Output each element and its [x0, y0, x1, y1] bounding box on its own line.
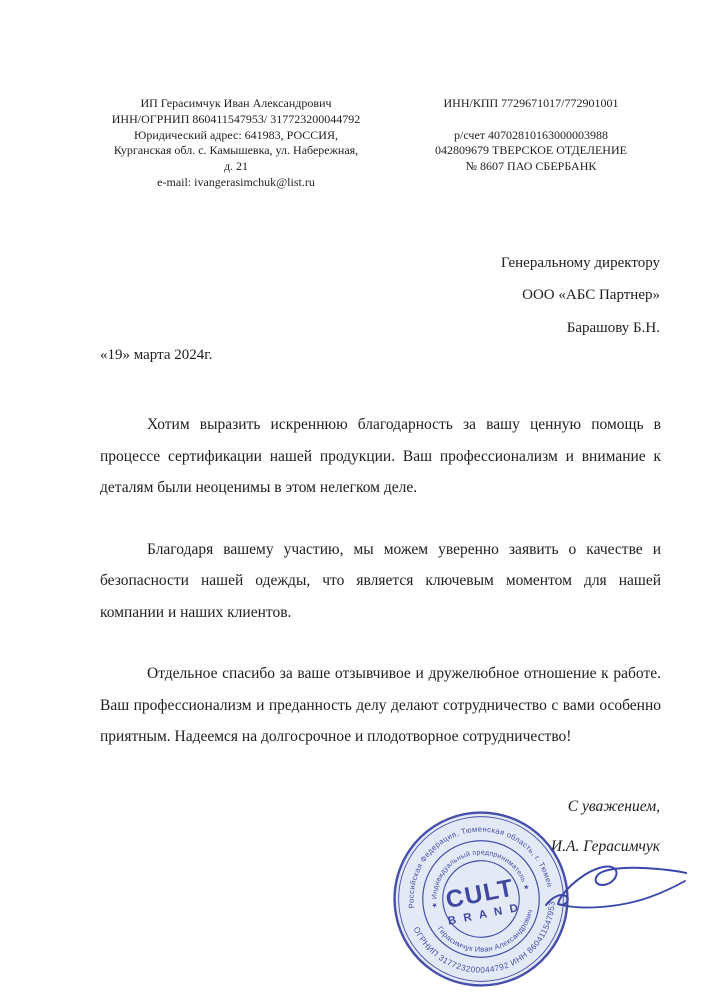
sender-address-line2: Курганская обл. с. Камышевка, ул. Набере…	[92, 143, 380, 159]
header-spacer	[400, 112, 662, 128]
sender-email: e-mail: ivangerasimchuk@list.ru	[92, 175, 380, 191]
sender-inn-kpp: ИНН/КПП 7729671017/772901001	[400, 96, 662, 112]
letter-date: «19» марта 2024г.	[100, 347, 212, 364]
sender-inn-ogrnip: ИНН/ОГРНИП 860411547953/ 317723200044792	[92, 112, 380, 128]
letter-page: { "header": { "left": { "lines": [ "ИП Г…	[0, 0, 707, 1000]
sender-requisites: ИП Герасимчук Иван Александрович ИНН/ОГР…	[92, 96, 380, 191]
sender-address-line3: д. 21	[92, 159, 380, 175]
letter-body: Хотим выразить искреннюю благодарность з…	[100, 409, 661, 783]
paragraph-quality: Благодаря вашему участию, мы можем увере…	[100, 534, 661, 629]
bank-account: р/счет 40702810163000003988	[400, 128, 662, 144]
sender-name: ИП Герасимчук Иван Александрович	[92, 96, 380, 112]
paragraph-cooperation: Отдельное спасибо за ваше отзывчивое и д…	[100, 658, 661, 753]
signature-icon	[538, 843, 694, 915]
addressee-person: Барашову Б.Н.	[340, 312, 660, 344]
sender-address-line1: Юридический адрес: 641983, РОССИЯ,	[92, 128, 380, 144]
bank-branch: 042809679 ТВЕРСКОЕ ОТДЕЛЕНИЕ	[400, 143, 662, 159]
addressee-title: Генеральному директору	[340, 247, 660, 279]
bank-name: № 8607 ПАО СБЕРБАНК	[400, 159, 662, 175]
paragraph-gratitude: Хотим выразить искреннюю благодарность з…	[100, 409, 661, 504]
bank-requisites: ИНН/КПП 7729671017/772901001 р/счет 4070…	[400, 96, 662, 175]
handwritten-signature	[538, 843, 694, 915]
addressee-company: ООО «АБС Партнер»	[340, 279, 660, 311]
addressee-block: Генеральному директору ООО «АБС Партнер»…	[340, 247, 660, 344]
